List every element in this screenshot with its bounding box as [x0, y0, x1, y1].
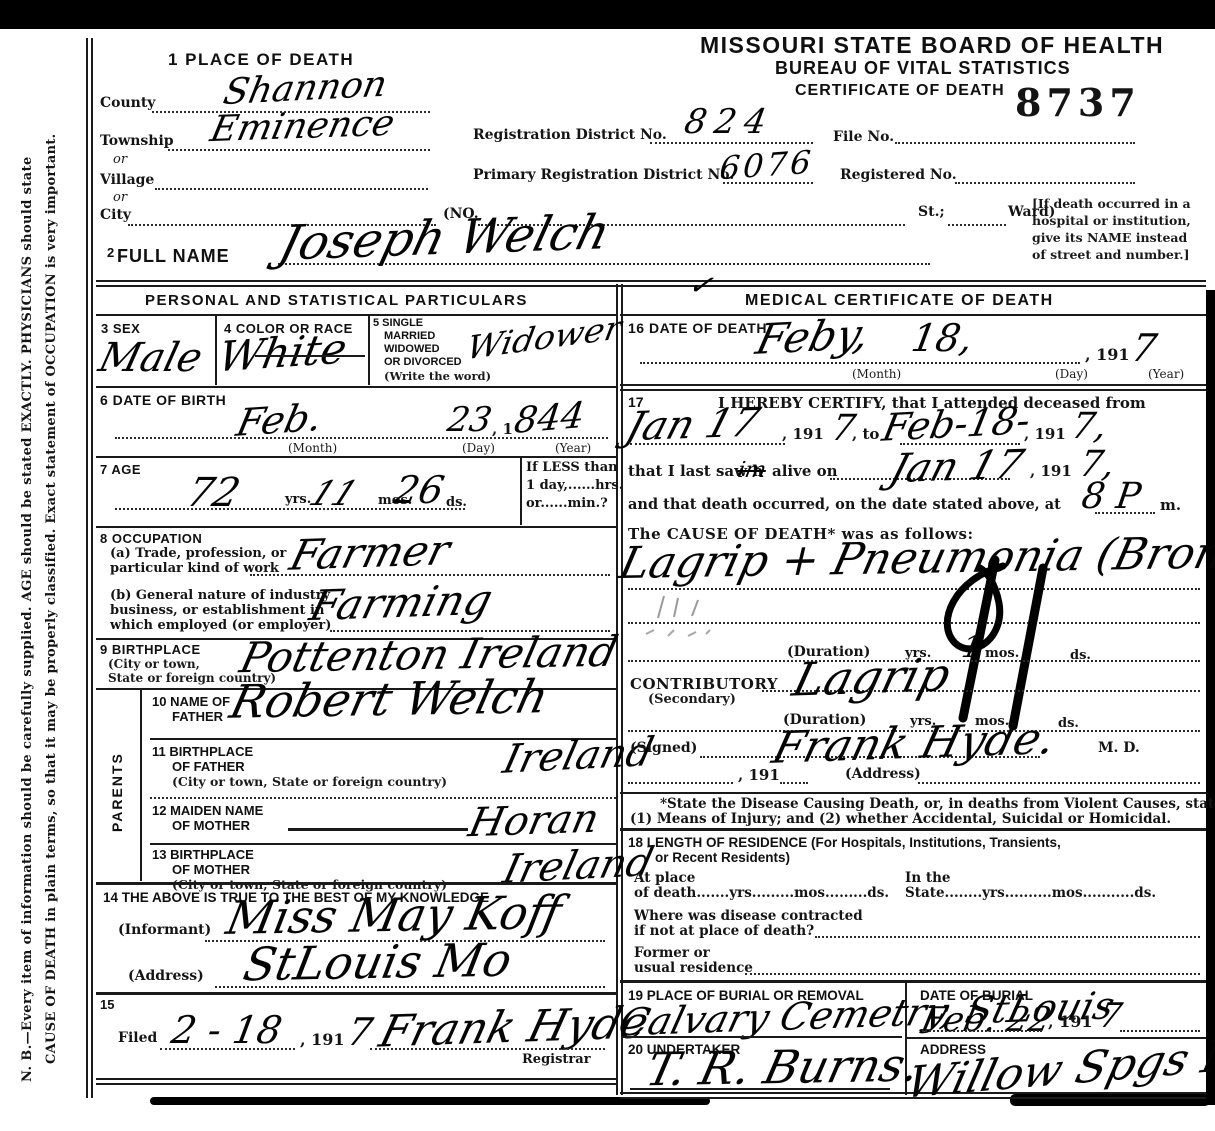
- birthplace-sub1: (City or town,: [108, 657, 200, 671]
- township-label: Township: [100, 133, 174, 149]
- informant-address-value: StLouis Mo: [239, 933, 516, 992]
- race-marital-divider: [368, 316, 370, 385]
- village-label: Village: [100, 172, 154, 188]
- race-value: White: [215, 324, 351, 382]
- hospital-note-2: hospital or institution,: [1032, 213, 1191, 228]
- father-name-label2: FATHER: [172, 709, 223, 724]
- certify-hour-value: 8 P: [1079, 476, 1143, 517]
- certify-to-label: , to: [852, 425, 879, 443]
- primary-district-label: Primary Registration District No.: [473, 167, 734, 183]
- md-label: M. D.: [1098, 740, 1140, 756]
- occupation-label: 8 OCCUPATION: [100, 531, 202, 546]
- dod-year-printed: , 191: [1085, 345, 1130, 364]
- dod-day-sub: (Day): [1055, 367, 1088, 381]
- registrar-line: [370, 1048, 605, 1050]
- where-contracted-line2: if not at place of death?: [634, 923, 814, 939]
- column-divider: [616, 284, 623, 1095]
- fullname-label: FULL NAME: [117, 246, 230, 267]
- scan-right-strip: [1206, 290, 1215, 1105]
- reg-district-label: Registration District No.: [473, 127, 667, 143]
- father-bp-value: Ireland: [499, 729, 658, 783]
- township-value: Eminence: [207, 103, 398, 150]
- dod-month-sub: (Month): [852, 367, 901, 381]
- marital-label-1: 5 SINGLE: [373, 317, 423, 329]
- parents-side-label: PARENTS: [109, 752, 125, 832]
- certify-from-line: [630, 443, 785, 445]
- parents-bottom: [96, 882, 616, 885]
- marital-label-2: MARRIED: [384, 330, 435, 342]
- or-label-2: or: [113, 190, 127, 205]
- informant-label: (Informant): [118, 922, 211, 938]
- dob-day-value: 23: [444, 400, 494, 440]
- father-bp-label2: OF FATHER: [172, 759, 245, 774]
- left-column-bottom: [96, 1078, 616, 1085]
- certify-to-year7: 7,: [1068, 406, 1110, 447]
- hospital-note-4: of street and number.]: [1032, 247, 1190, 262]
- address2-label: (Address): [845, 766, 921, 782]
- registrar-label: Registrar: [522, 1052, 591, 1067]
- age-ds-label: ds.: [446, 495, 467, 510]
- signed-value: Frank Hyde.: [767, 713, 1061, 774]
- in-state-line2: State........yrs..........mos...........…: [905, 885, 1156, 901]
- marital-value: Widower: [464, 308, 625, 367]
- duration-ds: ds.: [1070, 648, 1091, 663]
- city-label: City: [100, 207, 131, 223]
- registered-no-line: [955, 182, 1135, 184]
- residence-label: 18 LENGTH OF RESIDENCE (For Hospitals, I…: [628, 835, 1061, 850]
- street-line: [575, 224, 905, 226]
- note-bottom-line: [620, 828, 1206, 831]
- occupation-b-line2: business, or establishment in: [110, 603, 324, 618]
- at-place-line1: At place: [634, 870, 695, 886]
- dod-year-sub: (Year): [1148, 367, 1184, 381]
- father-name-label1: 10 NAME OF: [152, 694, 230, 709]
- mother-name-label1: 12 MAIDEN NAME: [152, 803, 263, 818]
- margin-note-line2: CAUSE OF DEATH in plain terms, so that i…: [44, 134, 59, 1064]
- father-bp-label3: (City or town, State or foreign country): [172, 774, 447, 789]
- violent-note-line2: (1) Means of Injury; and (2) whether Acc…: [630, 811, 1171, 827]
- occupation-a-line1: (a) Trade, profession, or: [110, 546, 286, 561]
- filed-num: 15: [100, 997, 114, 1012]
- fullname-value: Joseph Welch: [273, 204, 615, 271]
- former-residence-dots: [745, 973, 1200, 975]
- dob-label: 6 DATE OF BIRTH: [100, 392, 226, 408]
- mother-name-label2: OF MOTHER: [172, 818, 250, 833]
- dob-day-sub: (Day): [462, 441, 495, 455]
- date-line-dots: [628, 782, 733, 784]
- personal-title: PERSONAL AND STATISTICAL PARTICULARS: [145, 292, 528, 309]
- contributory-label: CONTRIBUTORY: [630, 675, 778, 693]
- dob-year-printed: , 1: [492, 420, 513, 438]
- where-contracted-dots: [815, 936, 1200, 938]
- former-residence-line2: usual residence: [634, 960, 753, 976]
- sex-value: Male: [94, 335, 207, 381]
- ward-line: [948, 224, 1006, 226]
- age-less-line3: or......min.?: [526, 496, 608, 511]
- filed-year-printed: , 191: [300, 1030, 345, 1049]
- certify-hour-line: [1095, 512, 1155, 514]
- sex-row-bottom: [96, 386, 616, 388]
- dod-label: 16 DATE OF DEATH: [628, 320, 767, 336]
- dob-year-value: 844: [512, 395, 587, 442]
- parents-cell-divider: [140, 688, 142, 881]
- hospital-note-3: give its NAME instead: [1032, 230, 1187, 245]
- father-name-value: Robert Welch: [225, 669, 554, 728]
- certify-saw-value: Jan 17: [885, 442, 1029, 492]
- address2-dots: [918, 782, 1200, 784]
- fullname-num: 2: [107, 245, 114, 260]
- dob-year-sub: (Year): [555, 441, 591, 455]
- dod-year-value: 7: [1128, 326, 1160, 370]
- personal-title-underline: [96, 314, 616, 316]
- filed-label: Filed: [118, 1030, 157, 1046]
- burial-date-dots: [922, 1030, 1042, 1032]
- age-less-line2: 1 day,......hrs.: [526, 478, 623, 493]
- note-top-line: [620, 792, 1206, 794]
- certify-saw-strike: im: [736, 458, 768, 483]
- certificate-number: 8737: [1015, 80, 1141, 125]
- certify-saw-label2: alive on: [772, 462, 838, 480]
- in-state-line1: In the: [905, 870, 950, 886]
- file-no-line: [895, 142, 1135, 144]
- occupation-b-value: Farming: [305, 575, 498, 630]
- at-place-line2: of death.......yrs.........mos.........d…: [634, 885, 889, 901]
- certificate-title: CERTIFICATE OF DEATH: [795, 82, 1005, 100]
- mother-name-value: Horan: [465, 796, 604, 846]
- dob-month-sub: (Month): [288, 441, 337, 455]
- pencil-marks: [640, 590, 760, 640]
- medical-title: MEDICAL CERTIFICATE OF DEATH: [745, 292, 1054, 310]
- mother-name-dash: [288, 828, 468, 831]
- ink-scrawl: [925, 548, 1075, 733]
- burial-place-bottom: [622, 1036, 902, 1038]
- former-residence-line1: Former or: [634, 945, 710, 961]
- dod-row-bottom: [620, 384, 1206, 391]
- or-label-1: or: [113, 152, 127, 167]
- signed-label: (Signed): [630, 740, 697, 756]
- duration2-ds: ds.: [1058, 716, 1079, 731]
- age-label: 7 AGE: [100, 462, 141, 477]
- bureau-title: BUREAU OF VITAL STATISTICS: [775, 58, 1071, 79]
- dod-month-value: Feby,: [752, 309, 875, 364]
- birthplace-label: 9 BIRTHPLACE: [100, 642, 201, 657]
- village-line: [155, 188, 428, 190]
- occupation-b-line3: which employed (or employer): [110, 618, 331, 633]
- informant-bottom: [96, 992, 616, 995]
- marital-label-5: (Write the word): [384, 369, 491, 383]
- dod-line: [640, 362, 1080, 364]
- residence-label2: or Recent Residents): [655, 850, 790, 865]
- scan-bottom-bar: [0, 0, 1215, 29]
- primary-district-value: 6076: [718, 143, 815, 187]
- occupation-b-line1: (b) General nature of industry: [110, 588, 330, 603]
- top-section-divider: [96, 280, 1206, 287]
- certify-to-year: , 191: [1024, 425, 1066, 443]
- informant-address-label: (Address): [128, 968, 204, 984]
- race-strike-line: [255, 355, 365, 357]
- age-cell-divider: [520, 456, 522, 525]
- marital-label-3: WIDOWED: [384, 343, 440, 355]
- burial-date-year: , 191: [1048, 1012, 1093, 1031]
- margin-note-line1: N. B.—Every item of information should b…: [20, 156, 35, 1082]
- registered-no-label: Registered No.: [840, 167, 957, 183]
- certify-from-year: , 191: [782, 425, 824, 443]
- where-contracted-line1: Where was disease contracted: [634, 908, 863, 924]
- age-ds-value: 26: [390, 468, 448, 512]
- date-191-dots: [780, 782, 808, 784]
- st-label: St.;: [918, 204, 945, 220]
- contributory-value: Lagrip: [787, 647, 956, 706]
- undertaker-bottom: [630, 1088, 890, 1090]
- medical-title-underline: [620, 314, 1206, 316]
- violent-note-line1: *State the Disease Causing Death, or, in…: [660, 796, 1215, 812]
- dod-day-value: 18,: [908, 316, 976, 360]
- sex-label: 3 SEX: [101, 321, 140, 336]
- certify-m-label: m.: [1160, 496, 1181, 514]
- burial-date-year-dots: [1120, 1030, 1200, 1032]
- mother-bp-label2: OF MOTHER: [172, 862, 250, 877]
- burial-date-value: Feb. 22: [918, 1000, 1055, 1040]
- county-label: County: [100, 95, 155, 111]
- mother-bp-label1: 13 BIRTHPLACE: [152, 847, 254, 862]
- marital-label-4: OR DIVORCED: [384, 356, 462, 368]
- checkmark: ✓: [686, 266, 716, 304]
- document-left-border: [86, 38, 93, 1098]
- secondary-label: (Secondary): [648, 692, 736, 707]
- dob-row-bottom: [96, 456, 616, 458]
- death-certificate-scan: N. B.—Every item of information should b…: [0, 0, 1215, 1131]
- certify-saw-year: , 191: [1030, 462, 1072, 480]
- age-less-line1: If LESS than: [526, 460, 618, 475]
- duration-mos: mos.: [985, 646, 1019, 661]
- occupation-a-value: Farmer: [285, 525, 455, 579]
- father-bp-label1: 11 BIRTHPLACE: [152, 744, 253, 759]
- certify-occurred-label: and that death occurred, on the date sta…: [628, 496, 1061, 513]
- board-title: MISSOURI STATE BOARD OF HEALTH: [700, 32, 1164, 59]
- filed-value: 2 - 18: [168, 1008, 285, 1052]
- file-no-label: File No.: [833, 129, 894, 145]
- dob-month-value: Feb.: [233, 395, 327, 445]
- reg-district-value: 824: [681, 102, 777, 142]
- hospital-note-1: [If death occurred in a: [1032, 196, 1191, 211]
- date-191-label: , 191: [738, 766, 780, 784]
